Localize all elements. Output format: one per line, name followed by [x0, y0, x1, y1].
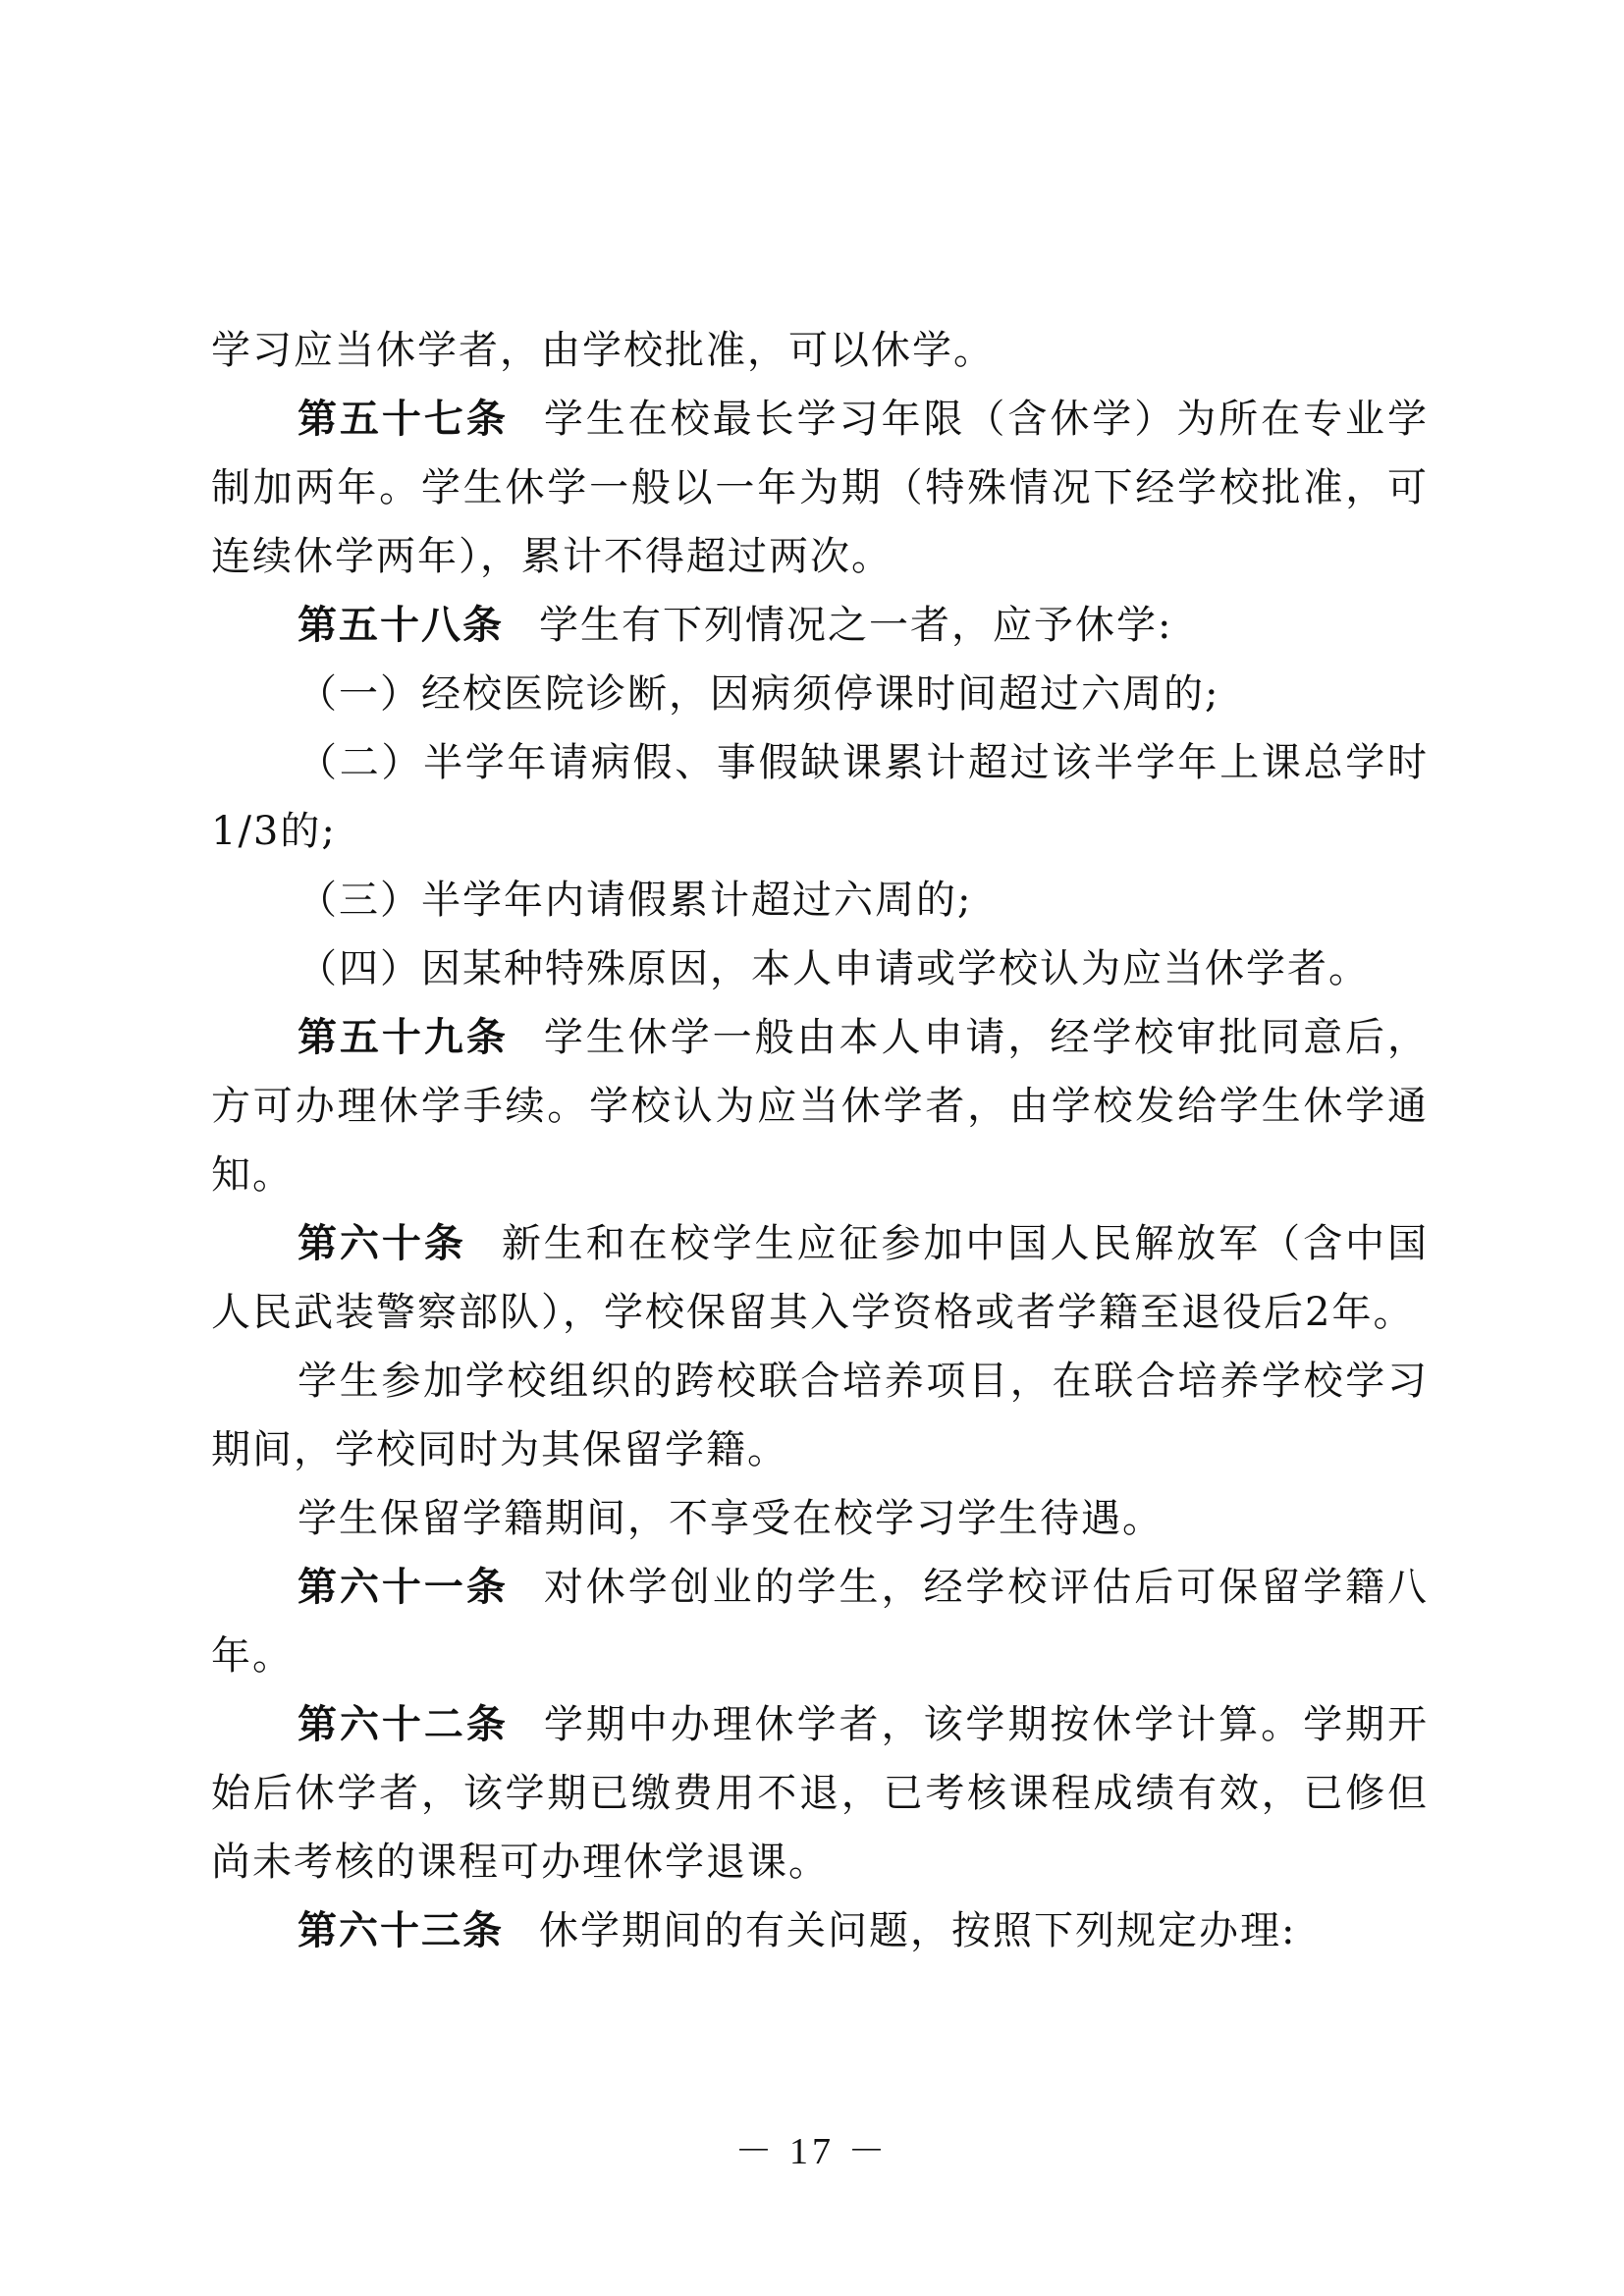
article-number: 第五十八条 — [298, 603, 504, 648]
list-item-3: （三）半学年内请假累计超过六周的; — [211, 866, 1429, 934]
paragraph-text: 学习应当休学者，由学校批准，可以休学。 — [211, 328, 995, 373]
article-number: 第六十一条 — [298, 1565, 509, 1610]
paragraph-text: 学生有下列情况之一者，应予休学: — [539, 603, 1172, 648]
article-number: 第五十七条 — [298, 397, 509, 442]
document-body: 学习应当休学者，由学校批准，可以休学。 第五十七条学生在校最长学习年限（含休学）… — [211, 316, 1429, 1965]
paragraph-text: （三）半学年内请假累计超过六周的; — [298, 878, 972, 923]
article-number: 第五十九条 — [298, 1015, 509, 1060]
article-58: 第五十八条学生有下列情况之一者，应予休学: — [211, 591, 1429, 660]
article-59: 第五十九条学生休学一般由本人申请，经学校审批同意后，方可办理休学手续。学校认为应… — [211, 1003, 1429, 1209]
article-60: 第六十条新生和在校学生应征参加中国人民解放军（含中国人民武装警察部队），学校保留… — [211, 1209, 1429, 1347]
article-number: 第六十二条 — [298, 1702, 509, 1747]
article-63: 第六十三条休学期间的有关问题，按照下列规定办理: — [211, 1896, 1429, 1965]
paragraph-text: 学生参加学校组织的跨校联合培养项目，在联合培养学校学习期间，学校同时为其保留学籍… — [211, 1359, 1429, 1472]
paragraph-text: （一）经校医院诊断，因病须停课时间超过六周的; — [298, 671, 1219, 717]
paragraph-text: （四）因某种特殊原因，本人申请或学校认为应当休学者。 — [298, 946, 1370, 991]
list-item-4: （四）因某种特殊原因，本人申请或学校认为应当休学者。 — [211, 934, 1429, 1003]
page-number: － 17 － — [0, 2120, 1624, 2174]
article-number: 第六十三条 — [298, 1908, 504, 1953]
paragraph-continuation: 学习应当休学者，由学校批准，可以休学。 — [211, 316, 1429, 385]
document-page: 学习应当休学者，由学校批准，可以休学。 第五十七条学生在校最长学习年限（含休学）… — [0, 0, 1624, 2296]
list-item-2: （二）半学年请病假、事假缺课累计超过该半学年上课总学时1/3的; — [211, 728, 1429, 866]
list-item-1: （一）经校医院诊断，因病须停课时间超过六周的; — [211, 660, 1429, 728]
paragraph-text: 学生保留学籍期间，不享受在校学习学生待遇。 — [298, 1496, 1164, 1541]
article-62: 第六十二条学期中办理休学者，该学期按休学计算。学期开始后休学者，该学期已缴费用不… — [211, 1690, 1429, 1896]
article-number: 第六十条 — [298, 1221, 466, 1266]
article-57: 第五十七条学生在校最长学习年限（含休学）为所在专业学制加两年。学生休学一般以一年… — [211, 385, 1429, 591]
article-61: 第六十一条对休学创业的学生，经学校评估后可保留学籍八年。 — [211, 1553, 1429, 1690]
paragraph: 学生参加学校组织的跨校联合培养项目，在联合培养学校学习期间，学校同时为其保留学籍… — [211, 1347, 1429, 1484]
paragraph-text: （二）半学年请病假、事假缺课累计超过该半学年上课总学时1/3的; — [211, 740, 1429, 854]
paragraph-text: 休学期间的有关问题，按照下列规定办理: — [539, 1908, 1296, 1953]
paragraph: 学生保留学籍期间，不享受在校学习学生待遇。 — [211, 1484, 1429, 1553]
